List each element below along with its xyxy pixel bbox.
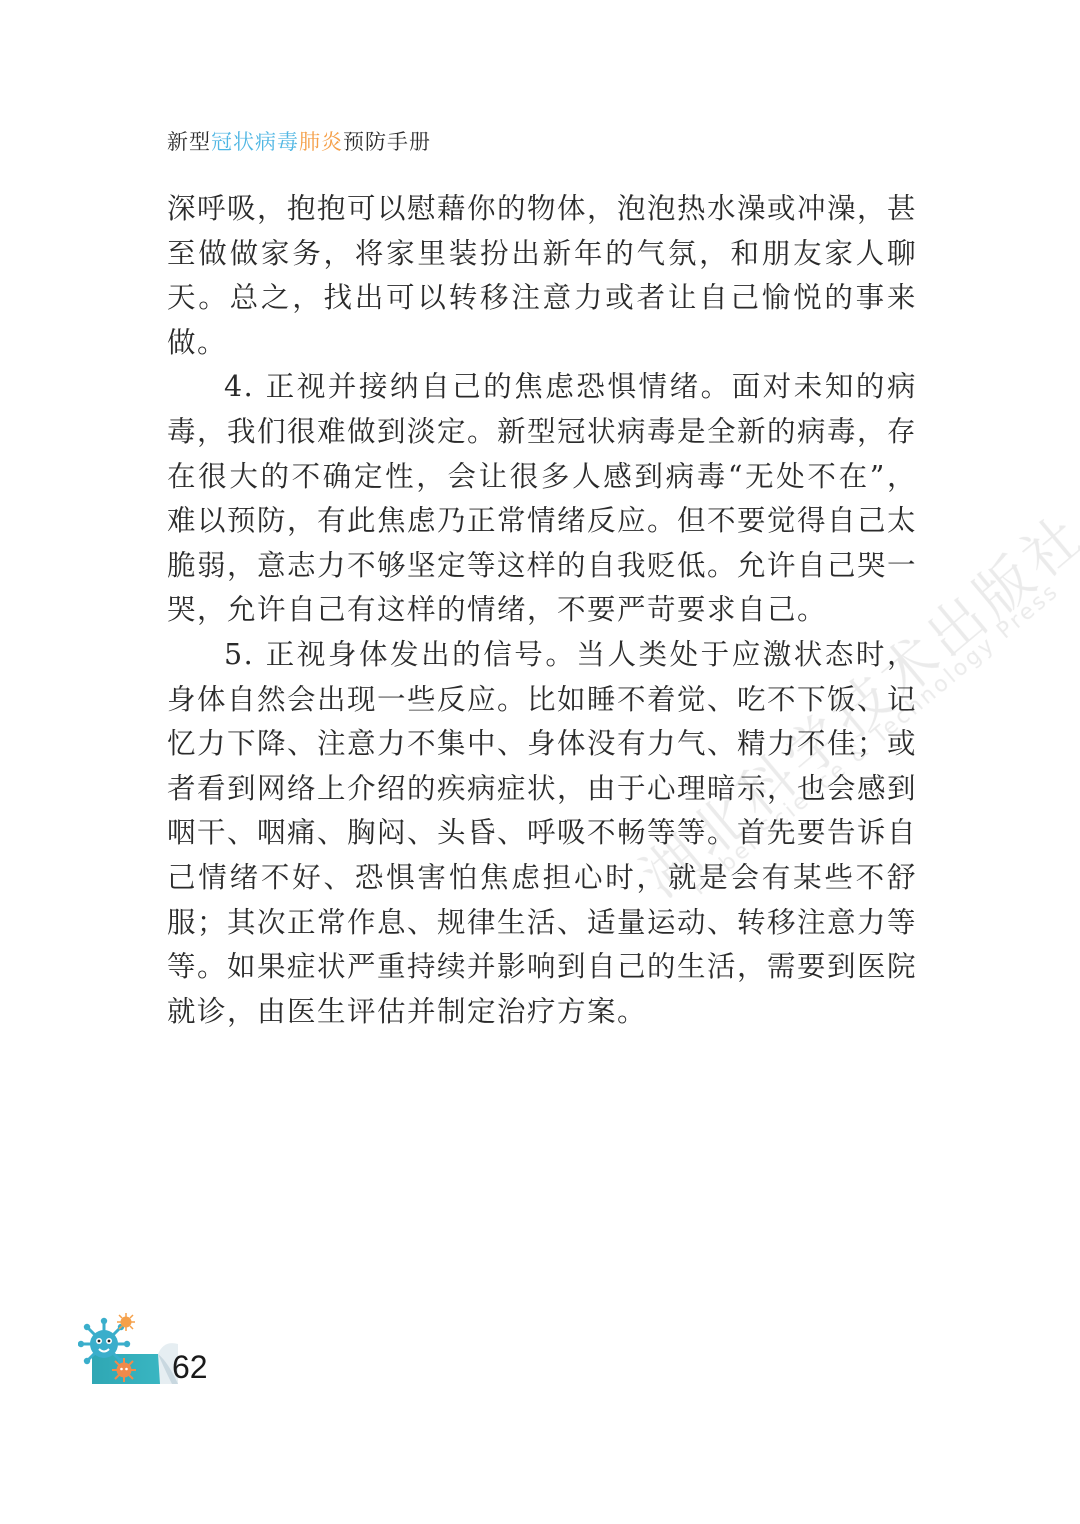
page-number: 62 [172, 1349, 208, 1386]
header-part-2: 冠状病毒 [211, 130, 299, 154]
paragraph-continued: 深呼吸，抱抱可以慰藉你的物体，泡泡热水澡或冲澡，甚至做做家务，将家里装扮出新年的… [167, 187, 917, 365]
running-header: 新型冠状病毒肺炎预防手册 [167, 126, 431, 156]
header-part-4: 预防手册 [343, 130, 431, 154]
body-text: 深呼吸，抱抱可以慰藉你的物体，泡泡热水澡或冲澡，甚至做做家务，将家里装扮出新年的… [167, 187, 917, 1034]
paragraph-item-5: 5. 正视身体发出的信号。当人类处于应激状态时，身体自然会出现一些反应。比如睡不… [167, 633, 917, 1034]
header-part-1: 新型 [167, 130, 211, 154]
header-part-3: 肺炎 [299, 130, 343, 154]
page-footer: 62 [78, 1310, 218, 1390]
paragraph-item-4: 4. 正视并接纳自己的焦虑恐惧情绪。面对未知的病毒，我们很难做到淡定。新型冠状病… [167, 365, 917, 633]
